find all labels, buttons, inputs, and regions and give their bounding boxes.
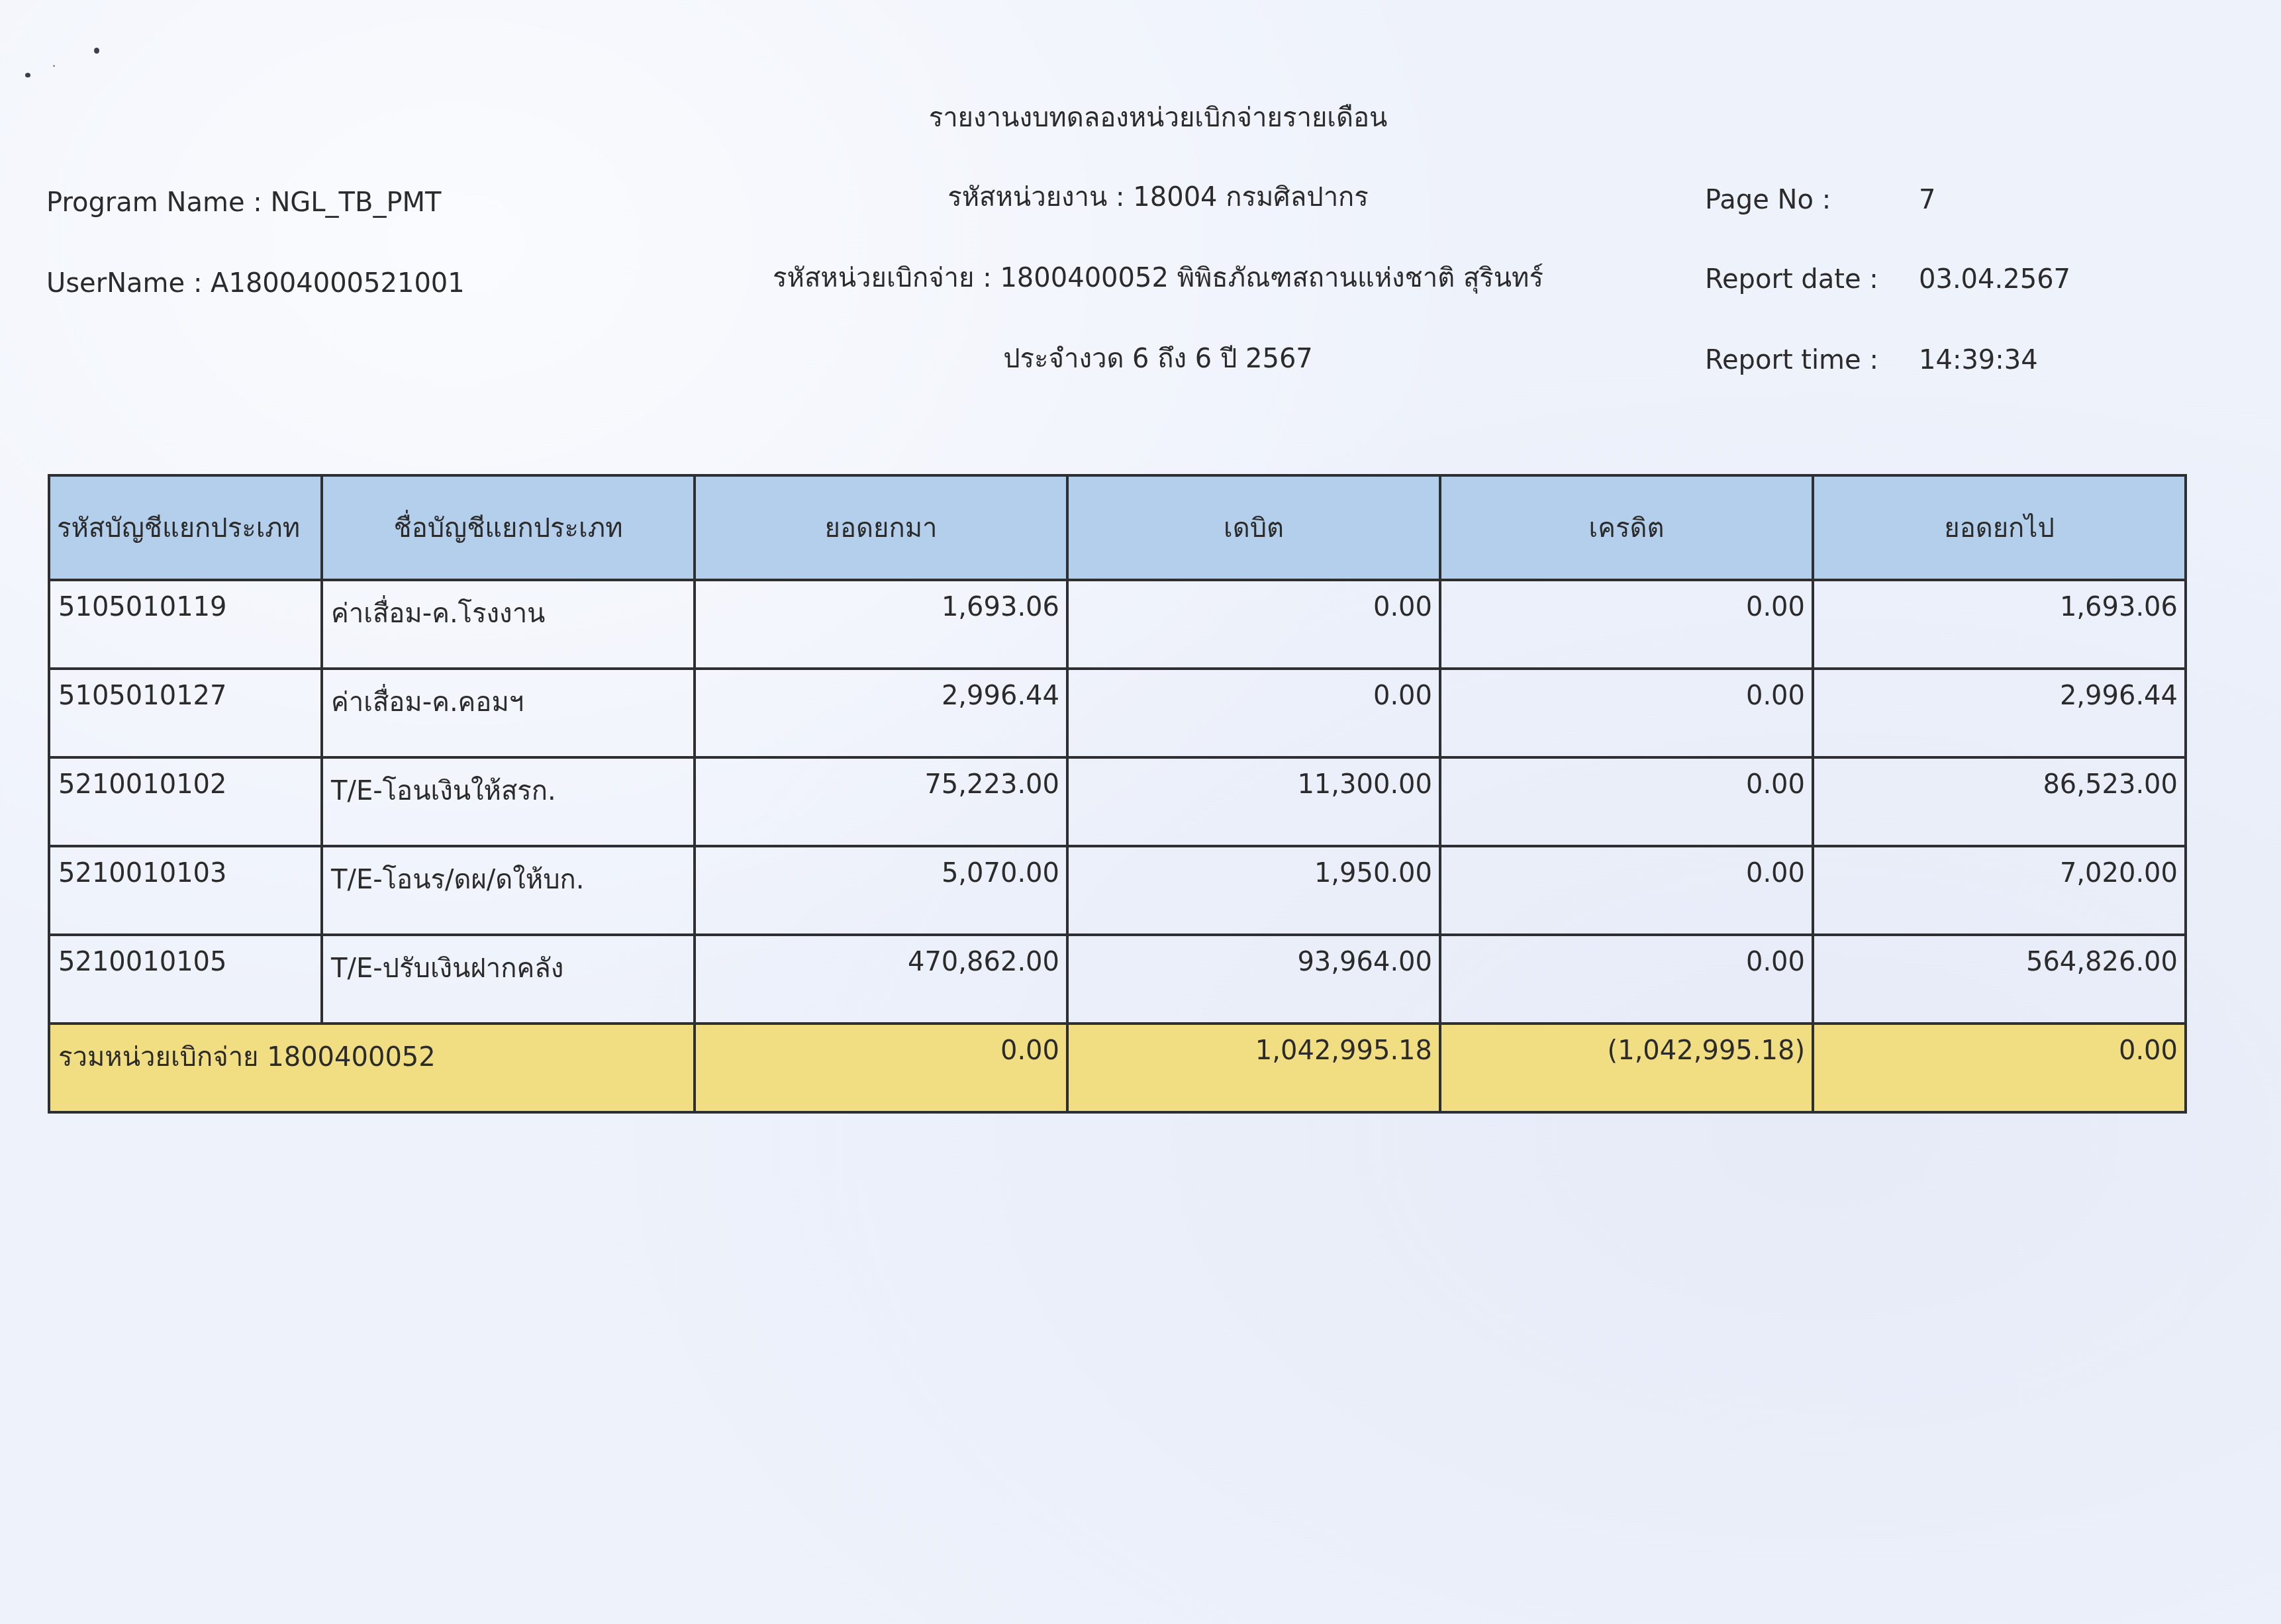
account-name-cell: T/E-โอนเงินให้สรก.	[322, 757, 695, 846]
debit-cell: 0.00	[1067, 580, 1440, 669]
credit-cell: 0.00	[1440, 846, 1813, 935]
total-brought-forward: 0.00	[695, 1024, 1067, 1112]
report-date-label: Report date :	[1705, 266, 1878, 293]
report-date-value: 03.04.2567	[1919, 266, 2070, 293]
table-row: 5210010102 T/E-โอนเงินให้สรก. 75,223.00 …	[49, 757, 2186, 846]
program-name: Program Name : NGL_TB_PMT	[46, 189, 442, 216]
trial-balance-table: รหัสบัญชีแยกประเภท ชื่อบัญชีแยกประเภท ยอ…	[48, 474, 2187, 1114]
account-name-cell: T/E-โอนร/ดผ/ดให้บก.	[322, 846, 695, 935]
username: UserName : A18004000521001	[46, 270, 465, 297]
debit-cell: 11,300.00	[1067, 757, 1440, 846]
total-credit: (1,042,995.18)	[1440, 1024, 1813, 1112]
column-header-brought-forward: ยอดยกมา	[695, 475, 1067, 580]
scan-speck	[94, 48, 99, 54]
brought-forward-cell: 470,862.00	[695, 935, 1067, 1024]
credit-cell: 0.00	[1440, 669, 1813, 757]
page-no-value: 7	[1919, 187, 1935, 213]
report-time-label: Report time :	[1705, 347, 1878, 373]
period-line: ประจำงวด 6 ถึง 6 ปี 2567	[1003, 346, 1313, 372]
account-name-cell: ค่าเสื่อม-ค.คอมฯ	[322, 669, 695, 757]
column-header-debit: เดบิต	[1067, 475, 1440, 580]
disbursing-unit-line: รหัสหน่วยเบิกจ่าย : 1800400052 พิพิธภัณฑ…	[773, 265, 1543, 291]
column-header-account-name: ชื่อบัญชีแยกประเภท	[322, 475, 695, 580]
agency-line: รหัสหน่วยงาน : 18004 กรมศิลปากร	[947, 184, 1369, 211]
account-code-cell: 5210010105	[49, 935, 322, 1024]
brought-forward-cell: 5,070.00	[695, 846, 1067, 935]
carried-forward-cell: 86,523.00	[1813, 757, 2186, 846]
credit-cell: 0.00	[1440, 935, 1813, 1024]
account-code-cell: 5210010102	[49, 757, 322, 846]
carried-forward-cell: 1,693.06	[1813, 580, 2186, 669]
account-code-cell: 5210010103	[49, 846, 322, 935]
brought-forward-cell: 75,223.00	[695, 757, 1067, 846]
account-code-cell: 5105010127	[49, 669, 322, 757]
scan-speck	[25, 73, 30, 77]
credit-cell: 0.00	[1440, 580, 1813, 669]
brought-forward-cell: 1,693.06	[695, 580, 1067, 669]
account-name-cell: ค่าเสื่อม-ค.โรงงาน	[322, 580, 695, 669]
debit-cell: 93,964.00	[1067, 935, 1440, 1024]
credit-cell: 0.00	[1440, 757, 1813, 846]
brought-forward-cell: 2,996.44	[695, 669, 1067, 757]
debit-cell: 1,950.00	[1067, 846, 1440, 935]
table-header-row: รหัสบัญชีแยกประเภท ชื่อบัญชีแยกประเภท ยอ…	[49, 475, 2186, 580]
column-header-account-code: รหัสบัญชีแยกประเภท	[49, 475, 322, 580]
carried-forward-cell: 7,020.00	[1813, 846, 2186, 935]
account-code-cell: 5105010119	[49, 580, 322, 669]
scan-speck	[53, 65, 55, 67]
column-header-carried-forward: ยอดยกไป	[1813, 475, 2186, 580]
total-row: รวมหน่วยเบิกจ่าย 1800400052 0.00 1,042,9…	[49, 1024, 2186, 1112]
account-name-cell: T/E-ปรับเงินฝากคลัง	[322, 935, 695, 1024]
page-no-label: Page No :	[1705, 187, 1831, 213]
column-header-credit: เครดิต	[1440, 475, 1813, 580]
total-carried-forward: 0.00	[1813, 1024, 2186, 1112]
table-row: 5105010127 ค่าเสื่อม-ค.คอมฯ 2,996.44 0.0…	[49, 669, 2186, 757]
total-debit: 1,042,995.18	[1067, 1024, 1440, 1112]
report-time-value: 14:39:34	[1919, 347, 2038, 373]
table-row: 5210010103 T/E-โอนร/ดผ/ดให้บก. 5,070.00 …	[49, 846, 2186, 935]
debit-cell: 0.00	[1067, 669, 1440, 757]
report-title: รายงานงบทดลองหน่วยเบิกจ่ายรายเดือน	[929, 105, 1388, 131]
table-row: 5210010105 T/E-ปรับเงินฝากคลัง 470,862.0…	[49, 935, 2186, 1024]
carried-forward-cell: 2,996.44	[1813, 669, 2186, 757]
carried-forward-cell: 564,826.00	[1813, 935, 2186, 1024]
total-label: รวมหน่วยเบิกจ่าย 1800400052	[49, 1024, 695, 1112]
table-row: 5105010119 ค่าเสื่อม-ค.โรงงาน 1,693.06 0…	[49, 580, 2186, 669]
